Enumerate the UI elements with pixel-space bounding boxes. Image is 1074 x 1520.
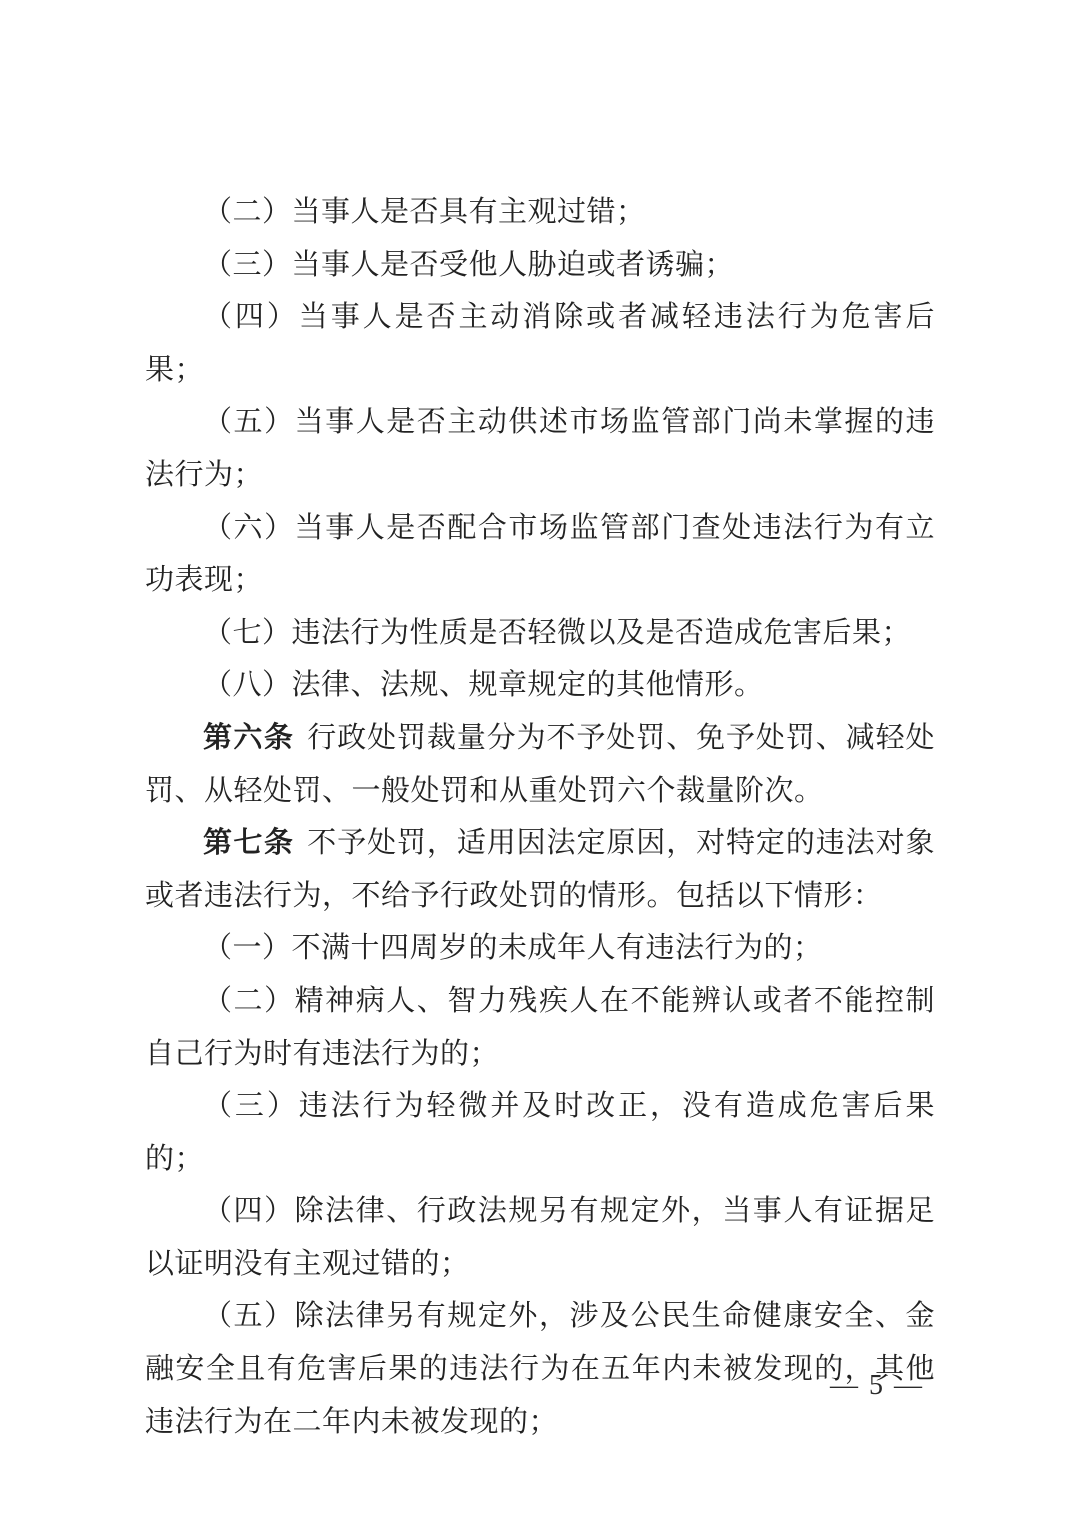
paragraph: （四）当事人是否主动消除或者减轻违法行为危害后果； <box>145 291 935 396</box>
paragraph: （二）精神病人、智力残疾人在不能辨认或者不能控制自己行为时有违法行为的； <box>145 975 935 1080</box>
paragraph-text: （四）除法律、行政法规另有规定外，当事人有证据足以证明没有主观过错的； <box>145 1195 935 1280</box>
paragraph: （五）当事人是否主动供述市场监管部门尚未掌握的违法行为； <box>145 396 935 501</box>
paragraph-text: （五）当事人是否主动供述市场监管部门尚未掌握的违法行为； <box>145 406 935 491</box>
paragraph: （四）除法律、行政法规另有规定外，当事人有证据足以证明没有主观过错的； <box>145 1185 935 1290</box>
paragraph-text: （四）当事人是否主动消除或者减轻违法行为危害后果； <box>145 301 935 386</box>
paragraph-text: （一）不满十四周岁的未成年人有违法行为的； <box>203 932 823 964</box>
paragraph-text: （五）除法律另有规定外，涉及公民生命健康安全、金融安全且有危害后果的违法行为在五… <box>145 1300 935 1437</box>
paragraph: （三）当事人是否受他人胁迫或者诱骗； <box>145 239 935 292</box>
paragraph-list: （二）当事人是否具有主观过错； （三）当事人是否受他人胁迫或者诱骗； （四）当事… <box>145 186 935 1448</box>
paragraph-text: （七）违法行为性质是否轻微以及是否造成危害后果； <box>203 617 911 649</box>
page-footer: — 5 — <box>830 1370 924 1402</box>
paragraph: （三）违法行为轻微并及时改正，没有造成危害后果的； <box>145 1080 935 1185</box>
article-number: 第七条 <box>203 827 294 859</box>
paragraph: （二）当事人是否具有主观过错； <box>145 186 935 239</box>
paragraph-text: （二）精神病人、智力残疾人在不能辨认或者不能控制自己行为时有违法行为的； <box>145 985 935 1070</box>
paragraph: （七）违法行为性质是否轻微以及是否造成危害后果； <box>145 607 935 660</box>
paragraph-text: （三）当事人是否受他人胁迫或者诱骗； <box>203 249 734 281</box>
paragraph: （五）除法律另有规定外，涉及公民生命健康安全、金融安全且有危害后果的违法行为在五… <box>145 1290 935 1448</box>
paragraph-text: （六）当事人是否配合市场监管部门查处违法行为有立功表现； <box>145 512 935 597</box>
page-number: — 5 — <box>830 1370 924 1401</box>
paragraph: （六）当事人是否配合市场监管部门查处违法行为有立功表现； <box>145 502 935 607</box>
paragraph: （八）法律、法规、规章规定的其他情形。 <box>145 659 935 712</box>
paragraph: 第六条行政处罚裁量分为不予处罚、免予处罚、减轻处罚、从轻处罚、一般处罚和从重处罚… <box>145 712 935 817</box>
article-number: 第六条 <box>203 722 294 754</box>
paragraph: 第七条不予处罚，适用因法定原因，对特定的违法对象或者违法行为，不给予行政处罚的情… <box>145 817 935 922</box>
document-body: （二）当事人是否具有主观过错； （三）当事人是否受他人胁迫或者诱骗； （四）当事… <box>145 186 935 1448</box>
paragraph-text: （八）法律、法规、规章规定的其他情形。 <box>203 669 764 701</box>
paragraph-text: （三）违法行为轻微并及时改正，没有造成危害后果的； <box>145 1090 935 1175</box>
paragraph: （一）不满十四周岁的未成年人有违法行为的； <box>145 922 935 975</box>
document-page: （二）当事人是否具有主观过错； （三）当事人是否受他人胁迫或者诱骗； （四）当事… <box>0 0 1074 1520</box>
paragraph-text: （二）当事人是否具有主观过错； <box>203 196 646 228</box>
